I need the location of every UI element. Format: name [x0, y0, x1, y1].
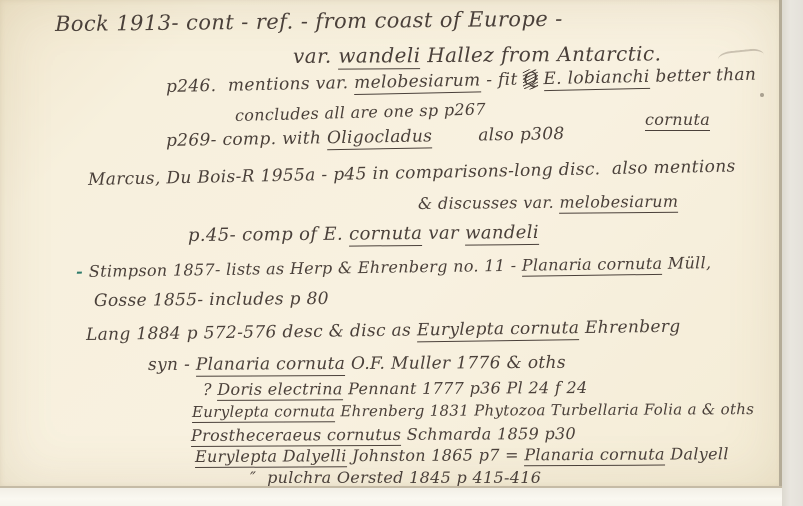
- handwriting-text: Gosse 1855- includes p 80: [94, 289, 329, 311]
- underlined-taxon-name: Eurylepta cornuta: [417, 318, 580, 342]
- handwriting-text: Johnston 1865 p7 =: [347, 445, 525, 465]
- handwriting-text: ?: [203, 380, 217, 399]
- underlined-taxon-name: wandeli: [465, 222, 539, 246]
- handwriting-text: Oersted 1845 p 415-416: [331, 468, 541, 487]
- handwriting-text: Bock 1913- cont - ref. - from coast of E…: [55, 7, 563, 36]
- handwriting-text: [537, 69, 543, 89]
- handwriting-text: Lang 1884 p 572-576 desc & disc as: [86, 320, 417, 345]
- underlined-taxon-name: cornuta: [349, 223, 422, 247]
- handwritten-line: & discusses var. melobesiarum: [418, 192, 679, 213]
- scribbled-out-word: Q: [523, 69, 538, 89]
- handwriting-text: ″: [250, 468, 267, 487]
- underlined-taxon-name: Oligocladus: [327, 126, 433, 150]
- handwriting-text: var: [422, 223, 465, 244]
- underlined-taxon-name: Planaria cornuta: [522, 254, 663, 277]
- handwritten-line: Lang 1884 p 572-576 desc & disc as Euryl…: [86, 317, 681, 345]
- underlined-taxon-name: Planaria cornuta: [524, 445, 665, 467]
- handwritten-line: Eurylepta cornuta Ehrenberg 1831 Phytozo…: [192, 400, 754, 421]
- handwritten-line: p.45- comp of E. cornuta var wandeli: [188, 222, 539, 246]
- scan-background-right: [782, 0, 803, 506]
- handwritten-line: p269- comp. with Oligocladus also p308: [166, 124, 565, 151]
- handwritten-line: syn - Planaria cornuta O.F. Muller 1776 …: [148, 353, 566, 375]
- handwriting-text: & discusses var.: [418, 193, 560, 213]
- handwritten-line: concludes all are one sp p267: [235, 99, 486, 125]
- underlined-taxon-name: Prostheceraeus cornutus: [191, 425, 401, 447]
- handwritten-line: Eurylepta Dalyelli Johnston 1865 p7 = Pl…: [195, 444, 729, 466]
- scan-background-bottom: [0, 488, 782, 506]
- underlined-taxon-name: wandeli: [338, 43, 420, 70]
- handwritten-line: Prostheceraeus cornutus Schmarda 1859 p3…: [191, 424, 576, 445]
- handwriting-text: Dalyell: [665, 444, 729, 463]
- handwriting-text: Hallez from Antarctic.: [420, 41, 661, 67]
- handwriting-text: also p308: [432, 124, 565, 146]
- handwriting-text: concludes all are one sp p267: [235, 99, 486, 125]
- handwriting-text: p269- comp. with: [166, 128, 327, 151]
- handwriting-text: var.: [293, 44, 338, 68]
- handwritten-line: Marcus, Du Bois-R 1955a - p45 in compari…: [88, 156, 736, 190]
- underlined-taxon-name: Eurylepta cornuta: [192, 402, 335, 423]
- handwritten-line: ″ pulchra Oersted 1845 p 415-416: [250, 468, 541, 487]
- handwriting-text: Marcus, Du Bois-R 1955a - p45 in compari…: [88, 156, 736, 190]
- underlined-taxon-name: melobesiarum: [354, 70, 481, 95]
- teal-dash-mark: -: [76, 262, 89, 281]
- handwriting-text: Ehrenberg 1831 Phytozoa Turbellaria Foli…: [335, 400, 754, 420]
- handwritten-line: p246. mentions var. melobesiarum - fit Q…: [166, 65, 757, 97]
- handwritten-line: - Stimpson 1857- lists as Herp & Ehrenbe…: [76, 253, 712, 281]
- handwriting-text: Pennant 1777 p36 Pl 24 f 24: [343, 378, 588, 398]
- underlined-taxon-name: E. lobianchi: [543, 67, 650, 91]
- handwritten-line: Gosse 1855- includes p 80: [94, 289, 329, 311]
- underlined-taxon-name: Planaria cornuta: [196, 354, 346, 377]
- underlined-taxon-name: Doris electrina: [217, 379, 342, 401]
- handwriting-text: syn -: [148, 355, 196, 375]
- index-card: Bock 1913- cont - ref. - from coast of E…: [0, 0, 781, 487]
- handwriting-text: p.45- comp of E.: [188, 224, 349, 246]
- handwriting-text: Müll,: [662, 253, 711, 273]
- underlined-taxon-name: melobesiarum: [559, 192, 678, 214]
- handwriting-text: O.F. Muller 1776 & oths: [345, 353, 566, 374]
- handwriting-text: better than: [649, 65, 756, 87]
- scanned-card-page: Bock 1913- cont - ref. - from coast of E…: [0, 0, 803, 506]
- underlined-taxon-name: cornuta: [645, 110, 710, 131]
- handwriting-text: Schmarda 1859 p30: [401, 424, 576, 444]
- handwriting-text: Ehrenberg: [579, 317, 681, 338]
- handwritten-line: var. wandeli Hallez from Antarctic.: [293, 41, 661, 68]
- handwritten-line: Bock 1913- cont - ref. - from coast of E…: [55, 7, 563, 36]
- underlined-taxon-name: Eurylepta Dalyelli: [195, 446, 347, 468]
- handwriting-text: p246. mentions var.: [166, 73, 355, 97]
- handwritten-line: ? Doris electrina Pennant 1777 p36 Pl 24…: [203, 378, 588, 399]
- handwriting-text: Stimpson 1857- lists as Herp & Ehrenberg…: [89, 256, 522, 281]
- pencil-dot-mark: [760, 93, 764, 97]
- handwriting-text: - fit: [480, 70, 523, 91]
- handwritten-line: cornuta: [645, 110, 710, 129]
